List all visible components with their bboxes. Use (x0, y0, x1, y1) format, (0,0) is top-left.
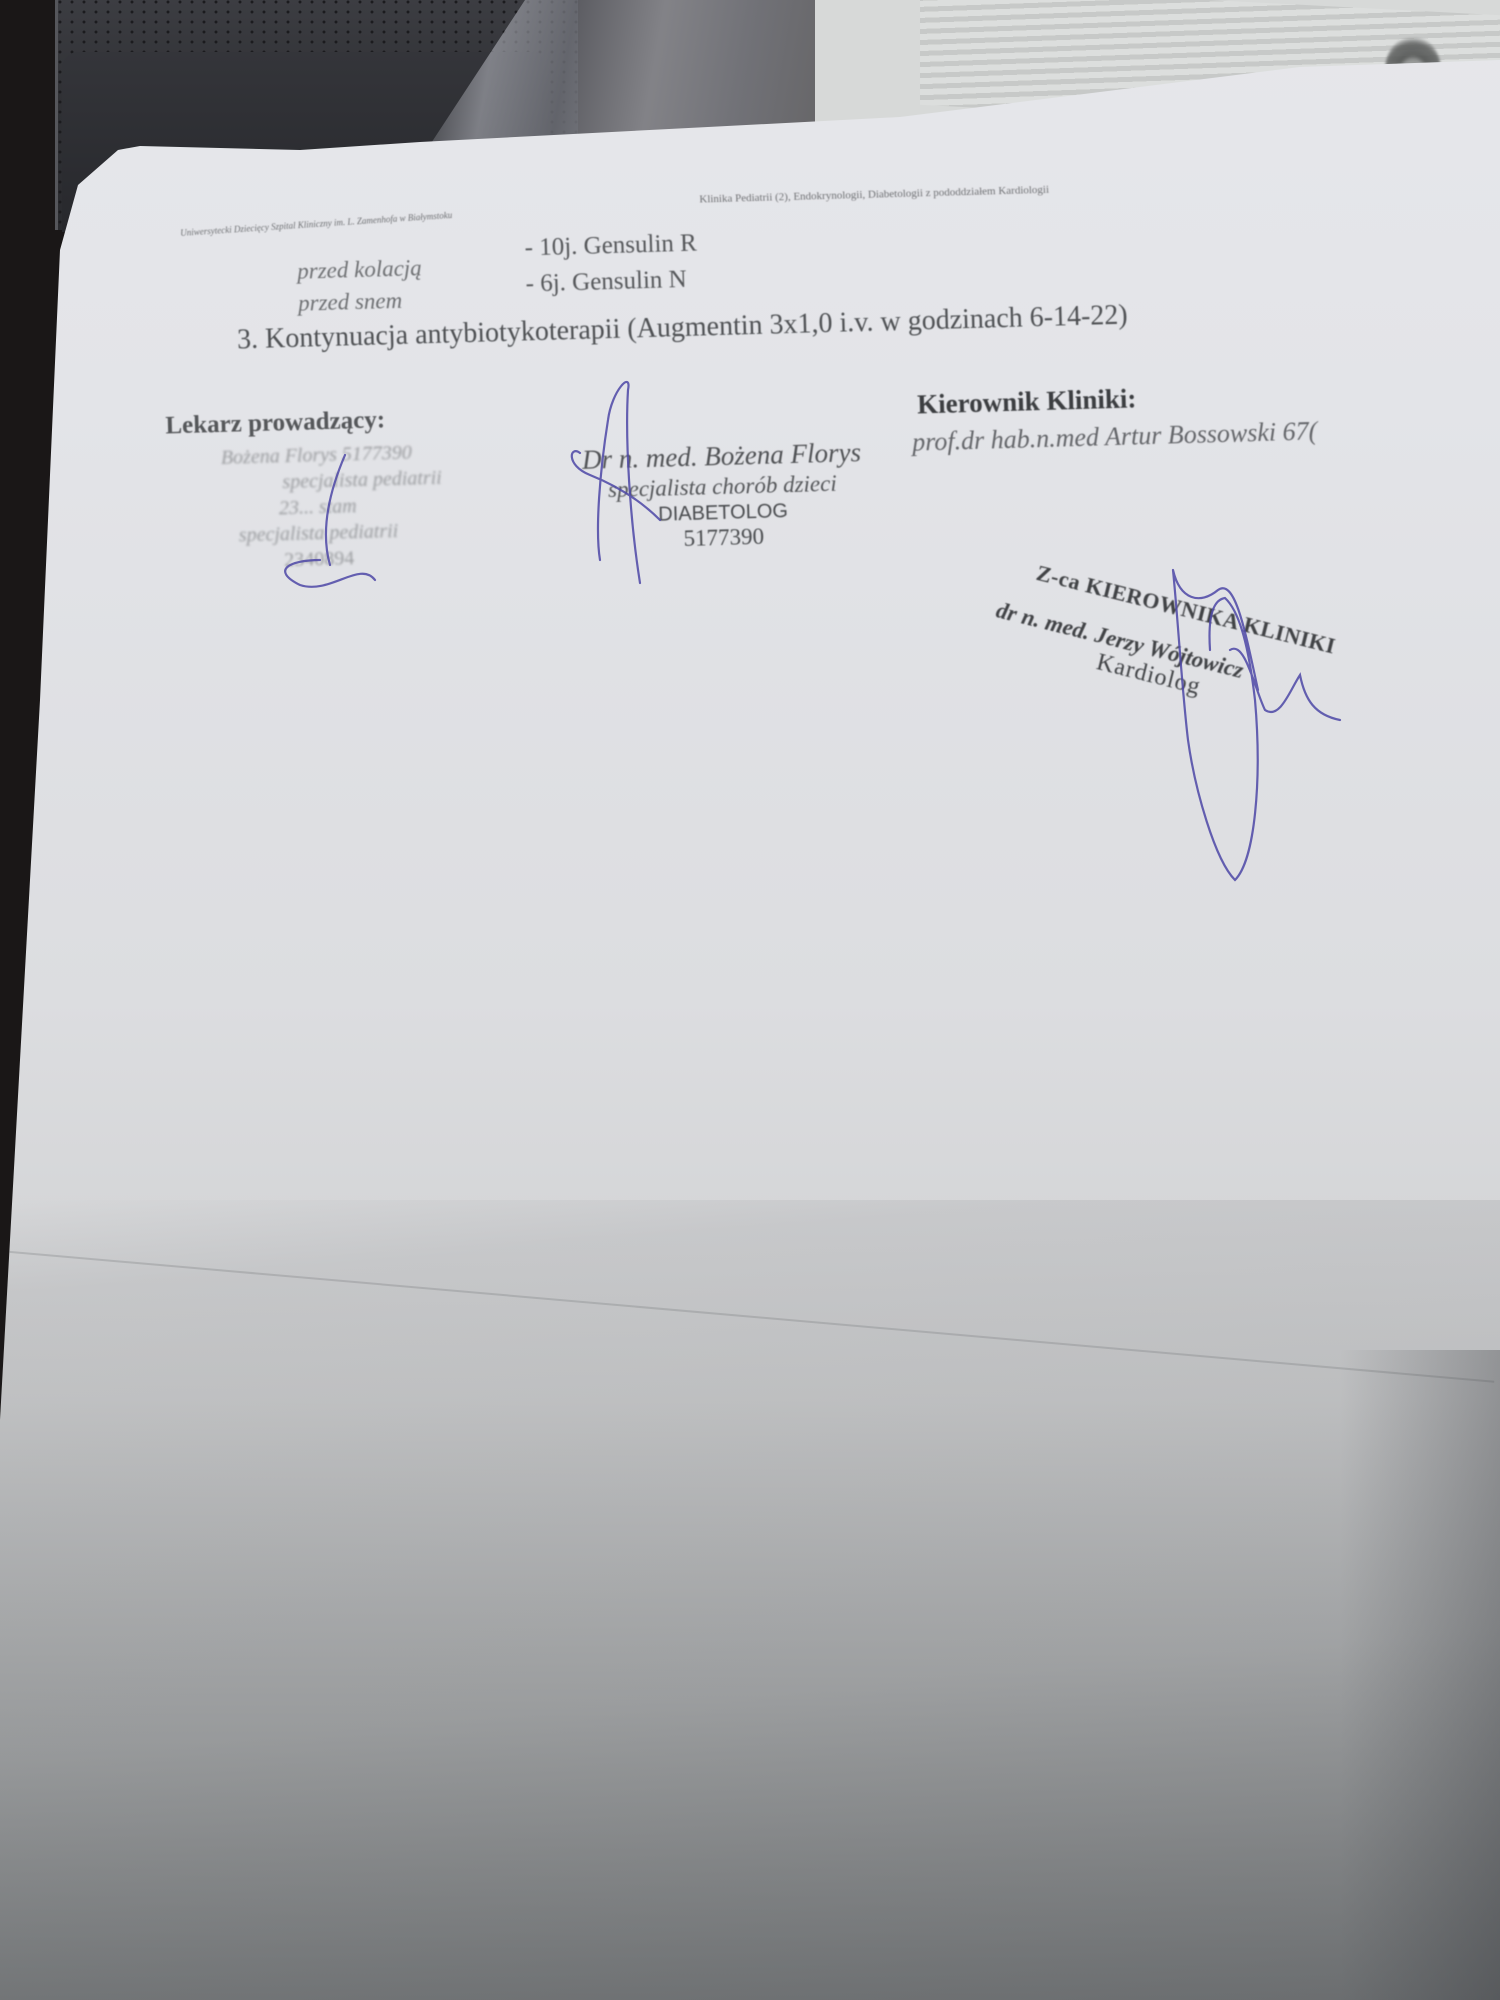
clinic-head-name: prof.dr hab.n.med Artur Bossowski 67( (912, 416, 1318, 457)
attending-physician-title: Lekarz prowadzący: (165, 406, 385, 440)
dose-time-2: przed snem (298, 288, 403, 317)
attending-physician-stamp: Bożena Florys 5177390 specjalista pediat… (166, 438, 470, 576)
dose-value-2: - 6j. Gensulin N (525, 266, 687, 298)
paper-fold-line (0, 1250, 1494, 1383)
header-institution: Uniwersytecki Dziecięcy Szpital Kliniczn… (180, 210, 453, 238)
dose-time-1: przed kolacją (297, 255, 422, 284)
clinic-head-title: Kierownik Kliniki: (917, 383, 1137, 420)
discharge-document: Uniwersytecki Dziecięcy Szpital Kliniczn… (0, 0, 1500, 2000)
dose-value-1: - 10j. Gensulin R (524, 230, 697, 263)
header-clinic: Klinika Pediatrii (2), Endokrynologii, D… (699, 184, 1049, 206)
paper-shadow (1340, 1350, 1500, 2000)
diabetologist-stamp: Dr n. med. Bożena Florys specjalista cho… (536, 436, 909, 556)
document-content: Uniwersytecki Dziecięcy Szpital Kliniczn… (0, 0, 1500, 1005)
